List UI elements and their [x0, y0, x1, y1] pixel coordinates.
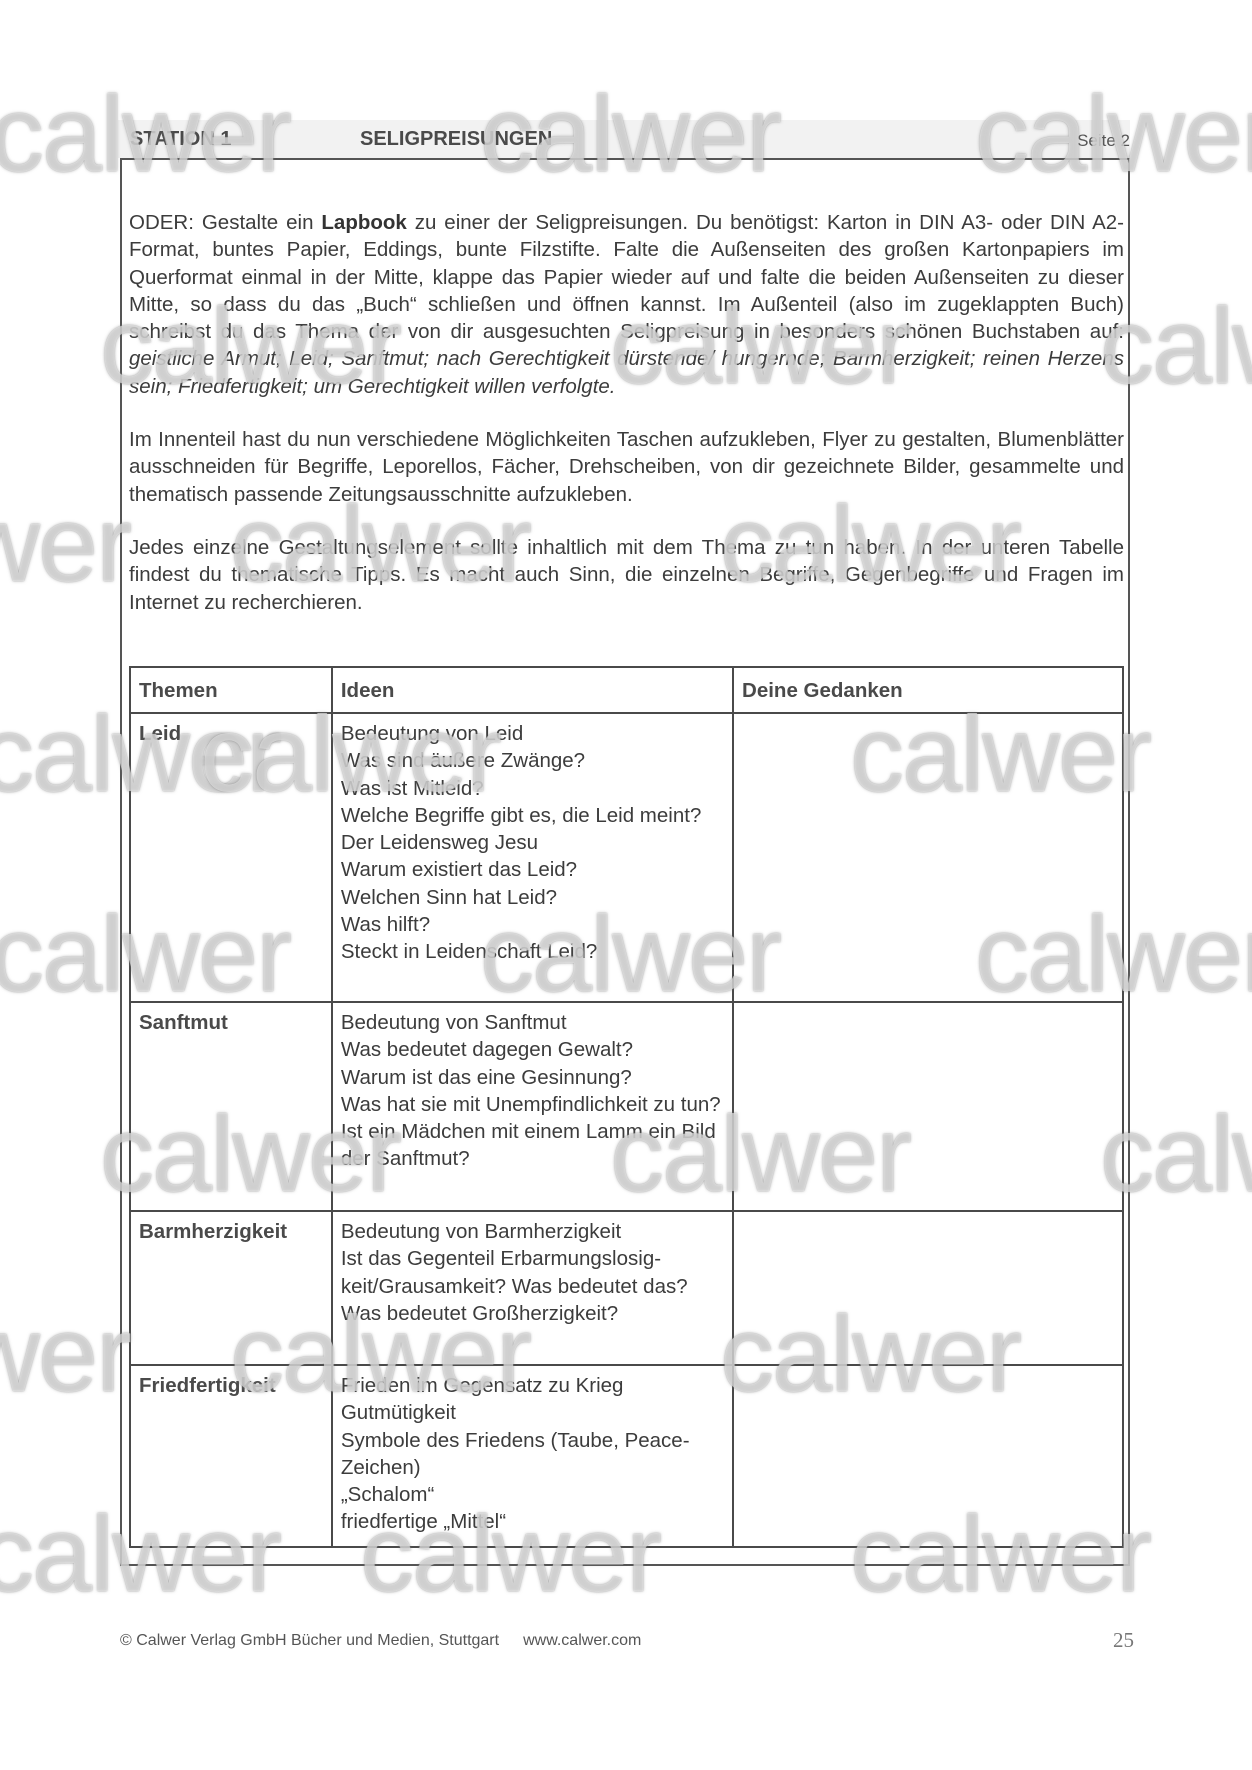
page-number: 25	[1113, 1628, 1134, 1653]
theme-cell: Leid	[130, 713, 332, 1002]
idea-item: Gutmütigkeit	[341, 1399, 724, 1426]
table-row: BarmherzigkeitBedeutung von Barmherzigke…	[130, 1211, 1123, 1365]
idea-item: Ist ein Mädchen mit einem Lamm ein Bild …	[341, 1118, 724, 1173]
idea-item: Frieden im Gegensatz zu Krieg	[341, 1372, 724, 1399]
thoughts-cell[interactable]	[733, 1002, 1123, 1211]
idea-item: Symbole des Friedens (Taube, Peace-Zeich…	[341, 1427, 724, 1482]
watermark-text: calwer	[0, 490, 130, 598]
thoughts-cell[interactable]	[733, 1211, 1123, 1365]
station-label: STATION 1	[130, 128, 231, 151]
theme-cell: Sanftmut	[130, 1002, 332, 1211]
col-header-themen: Themen	[130, 667, 332, 713]
idea-item: Was bedeutet Großherzigkeit?	[341, 1300, 724, 1327]
table-header-row: Themen Ideen Deine Gedanken	[130, 667, 1123, 713]
idea-item: Bedeutung von Barmherzigkeit	[341, 1218, 724, 1245]
ideas-cell: Frieden im Gegensatz zu KriegGutmütigkei…	[332, 1365, 733, 1547]
thoughts-cell[interactable]	[733, 713, 1123, 1002]
intro-paragraph: ODER: Gestalte ein Lapbook zu einer der …	[129, 209, 1124, 400]
ideas-cell: Bedeutung von LeidWas sind äußere Zwänge…	[332, 713, 733, 1002]
ideas-cell: Bedeutung von BarmherzigkeitIst das Gege…	[332, 1211, 733, 1365]
idea-item: Bedeutung von Sanftmut	[341, 1009, 724, 1036]
idea-item: Was sind äußere Zwänge?	[341, 747, 724, 774]
idea-item: Ist das Gegenteil Erbarmungslosig­keit/G…	[341, 1245, 724, 1300]
idea-item: „Schalom“	[341, 1481, 724, 1508]
idea-item: Was bedeutet dagegen Gewalt?	[341, 1036, 724, 1063]
page-label: Seite 2	[1077, 131, 1130, 151]
copyright-text: © Calwer Verlag GmbH Bücher und Medien, …	[120, 1632, 499, 1649]
theme-cell: Barmherzigkeit	[130, 1211, 332, 1365]
beatitudes-list: geistliche Armut; Leid; Sanftmut; nach G…	[129, 347, 1124, 397]
idea-item: Bedeutung von Leid	[341, 720, 724, 747]
idea-item: Was ist Mitleid?	[341, 775, 724, 802]
publisher-link[interactable]: www.calwer.com	[523, 1632, 641, 1649]
table-row: LeidBedeutung von LeidWas sind äußere Zw…	[130, 713, 1123, 1002]
idea-item: Warum ist das eine Gesinnung?	[341, 1064, 724, 1091]
thoughts-cell[interactable]	[733, 1365, 1123, 1547]
idea-item: Was hilft?	[341, 911, 724, 938]
idea-item: Welchen Sinn hat Leid?	[341, 884, 724, 911]
theme-cell: Friedfertigkeit	[130, 1365, 332, 1547]
idea-item: Steckt in Leidenschaft Leid?	[341, 938, 724, 965]
idea-item: Der Leidensweg Jesu	[341, 829, 724, 856]
themes-table: Themen Ideen Deine Gedanken LeidBedeutun…	[129, 666, 1124, 1548]
idea-item: friedfertige „Mittel“	[341, 1508, 724, 1535]
watermark-text: calwer	[0, 1300, 130, 1408]
ideas-cell: Bedeutung von SanftmutWas bedeutet dageg…	[332, 1002, 733, 1211]
col-header-gedanken: Deine Gedanken	[733, 667, 1123, 713]
table-row: FriedfertigkeitFrieden im Gegensatz zu K…	[130, 1365, 1123, 1547]
idea-item: Warum existiert das Leid?	[341, 856, 724, 883]
design-hint-paragraph: Jedes einzelne Gestaltungselement sollte…	[129, 534, 1124, 616]
table-row: SanftmutBedeutung von SanftmutWas bedeut…	[130, 1002, 1123, 1211]
col-header-ideen: Ideen	[332, 667, 733, 713]
idea-item: Welche Begriffe gibt es, die Leid meint?	[341, 802, 724, 829]
section-title: SELIGPREISUNGEN	[360, 128, 552, 151]
page-header: STATION 1 SELIGPREISUNGEN Seite 2	[118, 120, 1130, 158]
page-footer: © Calwer Verlag GmbH Bücher und Medien, …	[120, 1632, 641, 1650]
inner-part-paragraph: Im Innenteil hast du nun verschiedene Mö…	[129, 426, 1124, 508]
idea-item: Was hat sie mit Unempfindlichkeit zu tun…	[341, 1091, 724, 1118]
lapbook-term: Lapbook	[321, 211, 406, 234]
